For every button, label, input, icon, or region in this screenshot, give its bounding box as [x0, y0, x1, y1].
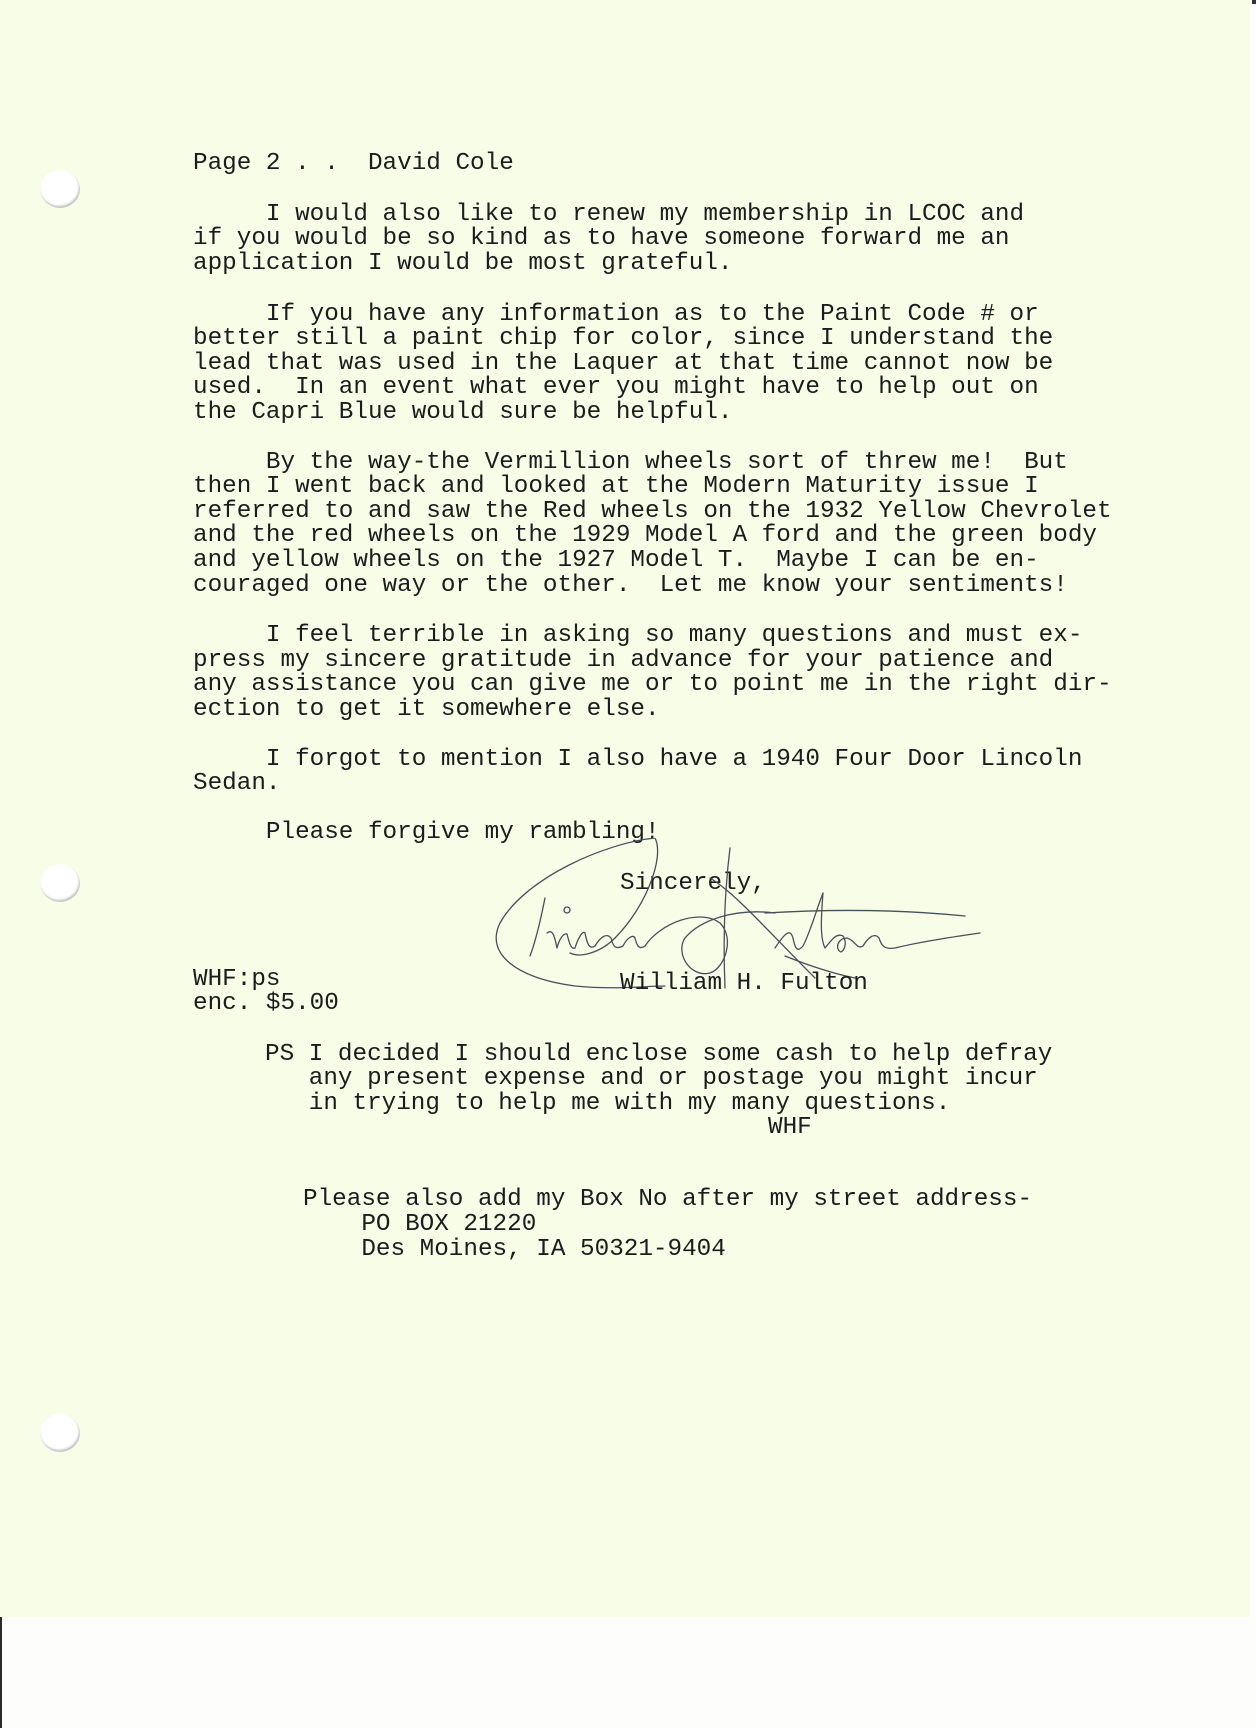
- text-line: and yellow wheels on the 1927 Model T. M…: [193, 549, 1039, 574]
- enclosure-note: enc. $5.00: [193, 992, 339, 1017]
- text-line: then I went back and looked at the Moder…: [193, 475, 1039, 500]
- punch-hole: [40, 1414, 80, 1452]
- signature-name: William H. Fulton: [620, 972, 868, 997]
- text-line: press my sincere gratitude in advance fo…: [193, 649, 1053, 674]
- text-line: By the way-the Vermillion wheels sort of…: [193, 451, 1068, 476]
- address-po-box: PO BOX 21220: [303, 1213, 536, 1238]
- scanner-edge: [1252, 0, 1256, 4]
- text-line: couraged one way or the other. Let me kn…: [193, 574, 1068, 599]
- text-line: and the red wheels on the 1929 Model A f…: [193, 524, 1097, 549]
- text-line: Please also add my Box No after my stree…: [303, 1188, 1032, 1213]
- text-line: referred to and saw the Red wheels on th…: [193, 500, 1112, 525]
- punch-hole: [40, 864, 80, 902]
- scanner-edge: [0, 1617, 2, 1728]
- text-line: I forgot to mention I also have a 1940 F…: [193, 748, 1082, 773]
- text-line: Sedan.: [193, 772, 280, 797]
- text-line: used. In an event what ever you might ha…: [193, 376, 1039, 401]
- text-line: lead that was used in the Laquer at that…: [193, 352, 1053, 377]
- text-line: any assistance you can give me or to poi…: [193, 673, 1112, 698]
- postscript-initials: WHF: [768, 1116, 812, 1141]
- text-line: ection to get it somewhere else.: [193, 698, 660, 723]
- text-line: better still a paint chip for color, sin…: [193, 327, 1053, 352]
- text-line: I would also like to renew my membership…: [193, 203, 1024, 228]
- text-line: if you would be so kind as to have someo…: [193, 227, 1010, 252]
- text-line: in trying to help me with my many questi…: [265, 1092, 950, 1117]
- text-line: any present expense and or postage you m…: [265, 1067, 1038, 1092]
- typist-initials: WHF:ps: [193, 968, 280, 993]
- text-line: If you have any information as to the Pa…: [193, 303, 1039, 328]
- text-line: PS I decided I should enclose some cash …: [265, 1043, 1052, 1068]
- text-line: I feel terrible in asking so many questi…: [193, 624, 1082, 649]
- punch-hole: [40, 170, 80, 208]
- text-line: application I would be most grateful.: [193, 252, 732, 277]
- address-city: Des Moines, IA 50321-9404: [303, 1238, 726, 1263]
- page-header: Page 2 . . David Cole: [193, 152, 514, 177]
- letter-page: Page 2 . . David Cole I would also like …: [0, 0, 1250, 1617]
- text-line: the Capri Blue would sure be helpful.: [193, 401, 732, 426]
